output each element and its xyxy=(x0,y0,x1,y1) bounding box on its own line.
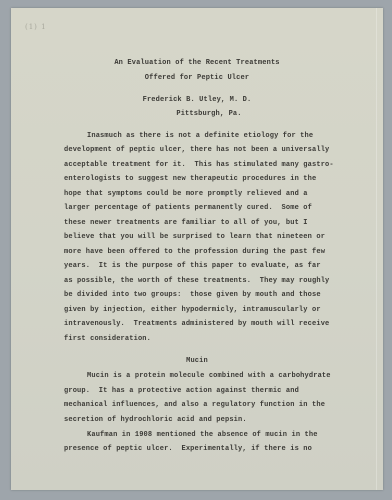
text-line: acceptable treatment for it. This has st… xyxy=(64,161,334,169)
text-line: mechanical influences, and also a regula… xyxy=(64,401,325,409)
text-line: development of peptic ulcer, there has n… xyxy=(64,146,329,154)
title-line-1: An Evaluation of the Recent Treatments xyxy=(11,59,383,67)
handwritten-margin-mark: (1) 1 xyxy=(25,23,47,31)
text-line: these newer treatments are familiar to a… xyxy=(64,219,308,227)
text-line: as possible, the worth of these treatmen… xyxy=(64,277,329,285)
text-line: believe that you will be surprised to le… xyxy=(64,233,325,241)
text-line: hope that symptoms could be more promptl… xyxy=(64,190,308,198)
section-heading: Mucin xyxy=(11,357,383,365)
text-line: larger percentage of patients permanentl… xyxy=(64,204,312,212)
text-line: more have been offered to the profession… xyxy=(64,248,325,256)
text-line: group. It has a protective action agains… xyxy=(64,387,299,395)
text-line: intravenously. Treatments administered b… xyxy=(64,320,329,328)
text-line: secretion of hydrochloric acid and pepsi… xyxy=(64,416,247,424)
text-line: Kaufman in 1908 mentioned the absence of… xyxy=(87,431,318,439)
text-line: Mucin is a protein molecule combined wit… xyxy=(87,372,331,380)
text-line: presence of peptic ulcer. Experimentally… xyxy=(64,445,312,453)
text-line: Inasmuch as there is not a definite etio… xyxy=(87,132,313,140)
text-line: given by injection, either hypodermicly,… xyxy=(64,306,321,314)
author-name: Frederick B. Utley, M. D. xyxy=(11,96,383,104)
document-page: (1) 1 An Evaluation of the Recent Treatm… xyxy=(11,8,383,490)
author-location: Pittsburgh, Pa. xyxy=(23,110,392,118)
text-line: enterologists to suggest new therapeutic… xyxy=(64,175,316,183)
text-line: be divided into two groups: those given … xyxy=(64,291,321,299)
text-line: years. It is the purpose of this paper t… xyxy=(64,262,321,270)
text-line: first consideration. xyxy=(64,335,151,343)
title-line-2: Offered for Peptic Ulcer xyxy=(11,74,383,82)
